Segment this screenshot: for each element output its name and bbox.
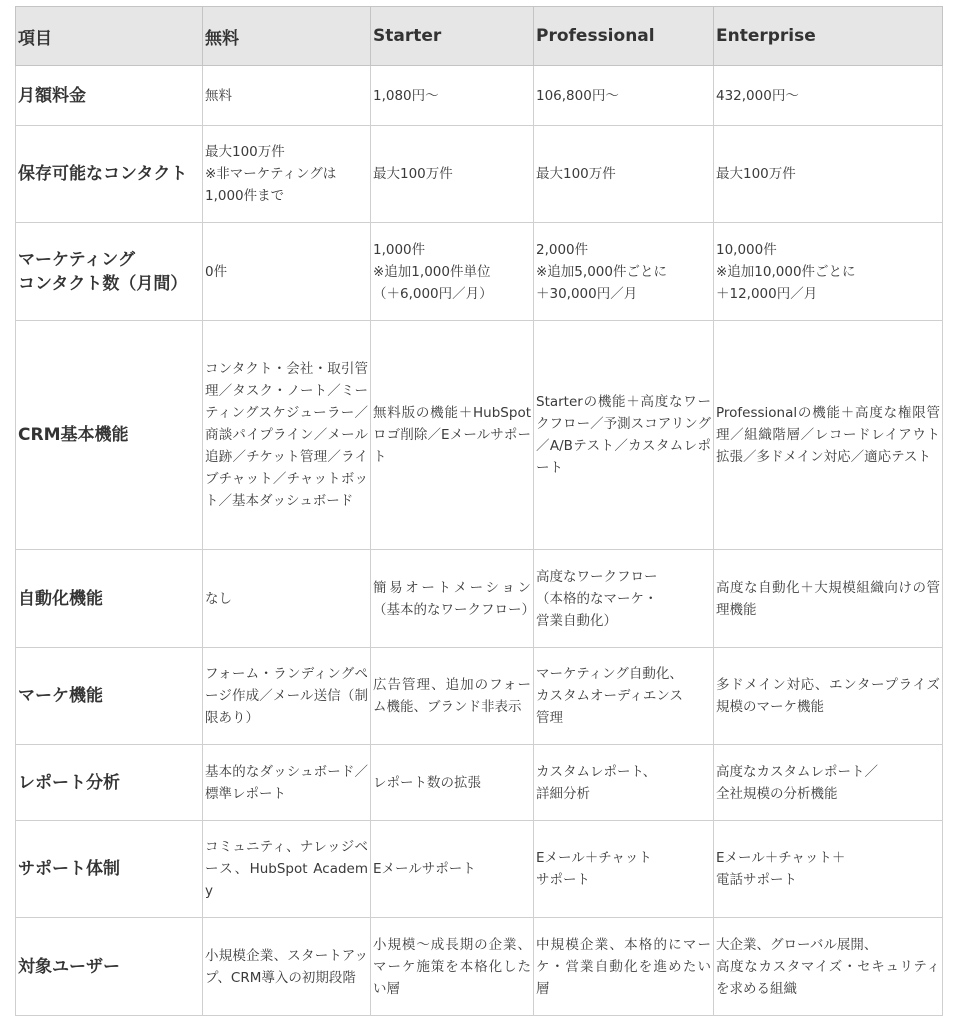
cell-text: 多ドメイン対応、エンタープライズ規模のマーケ機能	[716, 674, 940, 718]
row-label: レポート分析	[16, 745, 203, 821]
row-label: マーケ機能	[16, 648, 203, 745]
cell-professional: 最大100万件	[534, 126, 714, 223]
table-body: 月額料金 無料 1,080円〜 106,800円〜 432,000円〜 保存可能…	[16, 66, 943, 1016]
cell-text: 小規模企業、スタートアップ、CRM導入の初期段階	[205, 945, 368, 989]
cell-text: 432,000円〜	[716, 85, 940, 107]
cell-free: 小規模企業、スタートアップ、CRM導入の初期段階	[203, 918, 371, 1016]
cell-enterprise: 大企業、グローバル展開、 高度なカスタマイズ・セキュリティを求める組織	[714, 918, 943, 1016]
table-row-reporting: レポート分析 基本的なダッシュボード／標準レポート レポート数の拡張 カスタムレ…	[16, 745, 943, 821]
header-free: 無料	[203, 7, 371, 66]
cell-text: 1,000件 ※追加1,000件単位 （＋6,000円／月）	[373, 239, 531, 305]
cell-free: コンタクト・会社・取引管理／タスク・ノート／ミーティングスケジューラー／商談パイ…	[203, 321, 371, 550]
cell-text: 10,000件 ※追加10,000件ごとに ＋12,000円／月	[716, 239, 940, 305]
cell-free: フォーム・ランディングページ作成／メール送信（制限あり）	[203, 648, 371, 745]
cell-professional: マーケティング自動化、 カスタムオーディエンス 管理	[534, 648, 714, 745]
cell-starter: 無料版の機能＋HubSpotロゴ削除／Eメールサポート	[371, 321, 534, 550]
table-row-monthly-price: 月額料金 無料 1,080円〜 106,800円〜 432,000円〜	[16, 66, 943, 126]
cell-free: 最大100万件 ※非マーケティングは 1,000件まで	[203, 126, 371, 223]
header-row: 項目 無料 Starter Professional Enterprise	[16, 7, 943, 66]
table-row-storable-contacts: 保存可能なコンタクト 最大100万件 ※非マーケティングは 1,000件まで 最…	[16, 126, 943, 223]
cell-enterprise: 多ドメイン対応、エンタープライズ規模のマーケ機能	[714, 648, 943, 745]
cell-text: コンタクト・会社・取引管理／タスク・ノート／ミーティングスケジューラー／商談パイ…	[205, 358, 368, 512]
table-row-crm-features: CRM基本機能 コンタクト・会社・取引管理／タスク・ノート／ミーティングスケジュ…	[16, 321, 943, 550]
cell-text: 0件	[205, 261, 368, 283]
cell-free: 基本的なダッシュボード／標準レポート	[203, 745, 371, 821]
cell-enterprise: 高度な自動化＋大規模組織向けの管理機能	[714, 550, 943, 648]
cell-free: なし	[203, 550, 371, 648]
cell-text: 高度なワークフロー （本格的なマーケ・ 営業自動化）	[536, 566, 711, 632]
cell-enterprise: 高度なカスタムレポート／ 全社規模の分析機能	[714, 745, 943, 821]
cell-enterprise: 432,000円〜	[714, 66, 943, 126]
cell-professional: 106,800円〜	[534, 66, 714, 126]
row-label: 対象ユーザー	[16, 918, 203, 1016]
cell-text: 最大100万件	[716, 163, 940, 185]
cell-free: コミュニティ、ナレッジベース、HubSpot Academy	[203, 821, 371, 918]
cell-starter: 小規模〜成長期の企業、マーケ施策を本格化したい層	[371, 918, 534, 1016]
header-starter: Starter	[371, 7, 534, 66]
cell-text: Starterの機能＋高度なワークフロー／予測スコアリング／A/Bテスト／カスタ…	[536, 391, 711, 479]
cell-text: 中規模企業、本格的にマーケ・営業自動化を進めたい層	[536, 934, 711, 1000]
cell-text: 2,000件 ※追加5,000件ごとに ＋30,000円／月	[536, 239, 711, 305]
header-enterprise: Enterprise	[714, 7, 943, 66]
cell-starter: 簡易オートメーション（基本的なワークフロー）	[371, 550, 534, 648]
row-label: CRM基本機能	[16, 321, 203, 550]
row-label: 保存可能なコンタクト	[16, 126, 203, 223]
header-professional: Professional	[534, 7, 714, 66]
table-row-target-users: 対象ユーザー 小規模企業、スタートアップ、CRM導入の初期段階 小規模〜成長期の…	[16, 918, 943, 1016]
row-label: 自動化機能	[16, 550, 203, 648]
cell-text: 無料版の機能＋HubSpotロゴ削除／Eメールサポート	[373, 402, 531, 468]
cell-professional: 中規模企業、本格的にマーケ・営業自動化を進めたい層	[534, 918, 714, 1016]
cell-enterprise: 最大100万件	[714, 126, 943, 223]
cell-starter: 広告管理、追加のフォーム機能、ブランド非表示	[371, 648, 534, 745]
cell-text: レポート数の拡張	[373, 772, 531, 794]
table-row-automation: 自動化機能 なし 簡易オートメーション（基本的なワークフロー） 高度なワークフロ…	[16, 550, 943, 648]
row-label-text: マーケティング コンタクト数（月間）	[18, 250, 187, 294]
cell-text: マーケティング自動化、 カスタムオーディエンス 管理	[536, 663, 711, 729]
cell-starter: 1,000件 ※追加1,000件単位 （＋6,000円／月）	[371, 223, 534, 321]
row-label: 月額料金	[16, 66, 203, 126]
cell-text: 1,080円〜	[373, 85, 531, 107]
cell-text: フォーム・ランディングページ作成／メール送信（制限あり）	[205, 663, 368, 729]
table-header: 項目 無料 Starter Professional Enterprise	[16, 7, 943, 66]
cell-professional: 2,000件 ※追加5,000件ごとに ＋30,000円／月	[534, 223, 714, 321]
cell-text: 小規模〜成長期の企業、マーケ施策を本格化したい層	[373, 934, 531, 1000]
cell-free: 0件	[203, 223, 371, 321]
cell-text: コミュニティ、ナレッジベース、HubSpot Academy	[205, 836, 368, 902]
cell-free: 無料	[203, 66, 371, 126]
cell-text: 基本的なダッシュボード／標準レポート	[205, 761, 368, 805]
cell-starter: 最大100万件	[371, 126, 534, 223]
cell-enterprise: Professionalの機能＋高度な権限管理／組織階層／レコードレイアウト拡張…	[714, 321, 943, 550]
table-row-support: サポート体制 コミュニティ、ナレッジベース、HubSpot Academy Eメ…	[16, 821, 943, 918]
plan-comparison-table: 項目 無料 Starter Professional Enterprise 月額…	[15, 6, 943, 1016]
cell-text: 大企業、グローバル展開、 高度なカスタマイズ・セキュリティを求める組織	[716, 934, 940, 1000]
cell-starter: レポート数の拡張	[371, 745, 534, 821]
cell-text: 高度な自動化＋大規模組織向けの管理機能	[716, 577, 940, 621]
cell-text: カスタムレポート、 詳細分析	[536, 761, 711, 805]
cell-text: Eメール＋チャット＋ 電話サポート	[716, 847, 940, 891]
row-label: マーケティング コンタクト数（月間）	[16, 223, 203, 321]
cell-text: Eメールサポート	[373, 858, 531, 880]
row-label: サポート体制	[16, 821, 203, 918]
cell-text: Professionalの機能＋高度な権限管理／組織階層／レコードレイアウト拡張…	[716, 402, 940, 468]
cell-text: 106,800円〜	[536, 85, 711, 107]
cell-professional: Starterの機能＋高度なワークフロー／予測スコアリング／A/Bテスト／カスタ…	[534, 321, 714, 550]
cell-text: 広告管理、追加のフォーム機能、ブランド非表示	[373, 674, 531, 718]
cell-text: 最大100万件 ※非マーケティングは 1,000件まで	[205, 141, 368, 207]
cell-text: 最大100万件	[536, 163, 711, 185]
cell-enterprise: 10,000件 ※追加10,000件ごとに ＋12,000円／月	[714, 223, 943, 321]
table-row-marketing-features: マーケ機能 フォーム・ランディングページ作成／メール送信（制限あり） 広告管理、…	[16, 648, 943, 745]
cell-text: なし	[205, 588, 368, 610]
cell-starter: 1,080円〜	[371, 66, 534, 126]
header-item: 項目	[16, 7, 203, 66]
cell-text: 高度なカスタムレポート／ 全社規模の分析機能	[716, 761, 940, 805]
cell-enterprise: Eメール＋チャット＋ 電話サポート	[714, 821, 943, 918]
table-row-marketing-contacts: マーケティング コンタクト数（月間） 0件 1,000件 ※追加1,000件単位…	[16, 223, 943, 321]
cell-text: Eメール＋チャット サポート	[536, 847, 711, 891]
cell-professional: Eメール＋チャット サポート	[534, 821, 714, 918]
cell-text: 最大100万件	[373, 163, 531, 185]
cell-starter: Eメールサポート	[371, 821, 534, 918]
cell-professional: 高度なワークフロー （本格的なマーケ・ 営業自動化）	[534, 550, 714, 648]
cell-professional: カスタムレポート、 詳細分析	[534, 745, 714, 821]
cell-text: 無料	[205, 85, 368, 107]
cell-text: 簡易オートメーション（基本的なワークフロー）	[373, 577, 531, 621]
